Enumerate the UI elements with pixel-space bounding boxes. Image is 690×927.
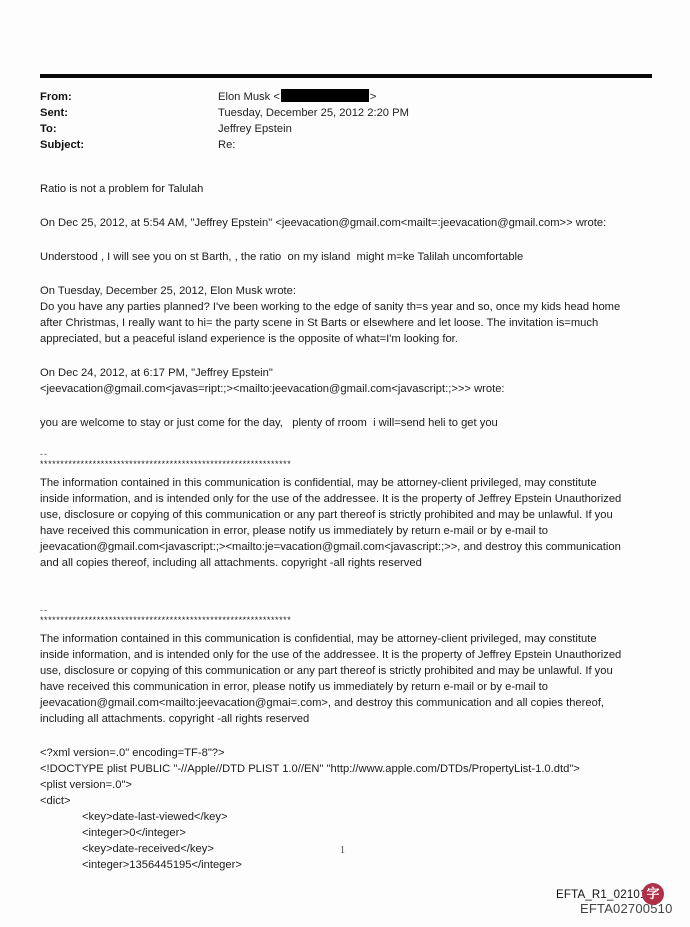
plist-indented-line: <key>date-last-viewed</key> [40,809,660,825]
reply-text: Ratio is not a problem for Talulah [40,181,660,197]
quote2-line: appreciated, but a peaceful island exper… [40,331,660,347]
separator-stars: ****************************************… [40,459,660,469]
disclaimer-line: The information contained in this commun… [40,475,660,491]
separator-stars: ****************************************… [40,615,660,625]
from-label: From: [40,89,72,105]
from-name: Elon Musk [218,91,270,103]
disclaimer-line: including all attachments. copyright -al… [40,711,660,727]
sent-label: Sent: [40,105,68,121]
to-label: To: [40,121,57,137]
to-row: To: Jeffrey Epstein [40,121,652,137]
disclaimer-line: The information contained in this commun… [40,631,660,647]
plist-line: <plist version=.0"> [40,777,660,793]
email-body: Ratio is not a problem for Talulah On De… [40,181,660,873]
disclaimer-line: use, disclosure or copying of this commu… [40,663,660,679]
from-row: From: Elon Musk <> [40,89,652,105]
sent-value: Tuesday, December 25, 2012 2:20 PM [218,105,409,121]
quote3-header-line: On Dec 24, 2012, at 6:17 PM, "Jeffrey Ep… [40,365,660,381]
from-open-bracket: < [273,91,280,103]
disclaimer-line: jeevacation@gmail.com<javascript:;><mail… [40,539,660,555]
quote2-line: Do you have any parties planned? I've be… [40,299,660,315]
from-value: Elon Musk <> [218,89,376,105]
plist-line: <dict> [40,793,660,809]
redaction-box [281,89,369,102]
quote2-header: On Tuesday, December 25, 2012, Elon Musk… [40,283,660,299]
quote2-line: after Christmas, I really want to hi= th… [40,315,660,331]
disclaimer-line: and all copies thereof, including all at… [40,555,660,571]
disclaimer-line: have received this communication in erro… [40,523,660,539]
bates-stamp: EFTA_R1_02101… EFTA02700510 字 [536,881,686,923]
quote3-header-line: <jeevacation@gmail.com<javas=ript:;><mai… [40,381,660,397]
quote1-text: Understood , I will see you on st Barth,… [40,249,660,265]
disclaimer-line: have received this communication in erro… [40,679,660,695]
disclaimer-line: jeevacation@gmail.com<mailto:jeevacation… [40,695,660,711]
signature-dash: -- [40,449,660,459]
sent-row: Sent: Tuesday, December 25, 2012 2:20 PM [40,105,652,121]
subject-label: Subject: [40,137,84,153]
plist-line: <?xml version=.0" encoding=TF-8"?> [40,745,660,761]
from-close-bracket: > [370,91,377,103]
document-page: From: Elon Musk <> Sent: Tuesday, Decemb… [0,0,690,927]
quote3-text: you are welcome to stay or just come for… [40,415,660,431]
subject-value: Re: [218,137,235,153]
email-header: From: Elon Musk <> Sent: Tuesday, Decemb… [40,89,652,153]
disclaimer-line: use, disclosure or copying of this commu… [40,507,660,523]
disclaimer-line: inside information, and is intended only… [40,491,660,507]
watermark-logo-icon: 字 [642,883,664,905]
plist-indented-line: <key>date-received</key> [40,841,660,857]
signature-dash: -- [40,605,660,615]
subject-row: Subject: Re: [40,137,652,153]
disclaimer-line: inside information, and is intended only… [40,647,660,663]
quote1-header: On Dec 25, 2012, at 5:54 AM, "Jeffrey Ep… [40,215,660,231]
page-number: 1 [340,843,345,859]
header-divider [40,74,652,78]
plist-indented-line: <integer>1356445195</integer> [40,857,660,873]
plist-indented-line: <integer>0</integer> [40,825,660,841]
plist-line: <!DOCTYPE plist PUBLIC "-//Apple//DTD PL… [40,761,660,777]
to-value: Jeffrey Epstein [218,121,292,137]
